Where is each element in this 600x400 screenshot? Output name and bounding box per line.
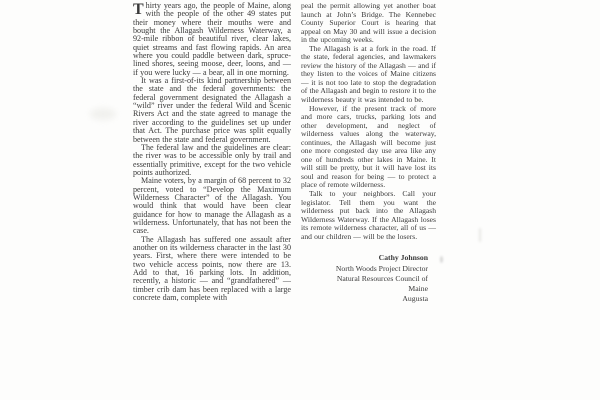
article-column-2: peal the permit allowing yet another boa… [301,2,436,304]
scan-speck [440,256,443,263]
paragraph: The Allagash is at a fork in the road. I… [301,45,436,105]
signature-line: Augusta [301,294,428,304]
drop-cap: T [133,2,146,17]
paragraph: Maine voters, by a margin of 68 percent … [133,177,291,235]
signature-block: Cathy Johnson North Woods Project Direct… [301,253,436,304]
paragraph: The federal law and the guidelines are c… [133,144,291,177]
paragraph-text: hirty years ago, the people of Maine, al… [133,1,291,77]
paragraph: peal the permit allowing yet another boa… [301,2,436,45]
signature-line: Natural Resources Council of [301,274,428,284]
paragraph: It was a first-of-its kind partnership b… [133,77,291,144]
scan-speck [479,228,481,242]
scan-smudge [90,108,116,120]
paragraph: Thirty years ago, the people of Maine, a… [133,2,291,77]
signature-line: North Woods Project Director [301,264,428,274]
paragraph: The Allagash has suffered one assault af… [133,236,291,303]
scanned-newspaper-page: Thirty years ago, the people of Maine, a… [0,0,600,400]
article-column-1: Thirty years ago, the people of Maine, a… [133,2,291,302]
paragraph: Talk to your neighbors. Call your legisl… [301,190,436,241]
signature-line: Maine [301,284,428,294]
paragraph: However, if the present track of more an… [301,105,436,190]
signature-name: Cathy Johnson [301,253,428,263]
